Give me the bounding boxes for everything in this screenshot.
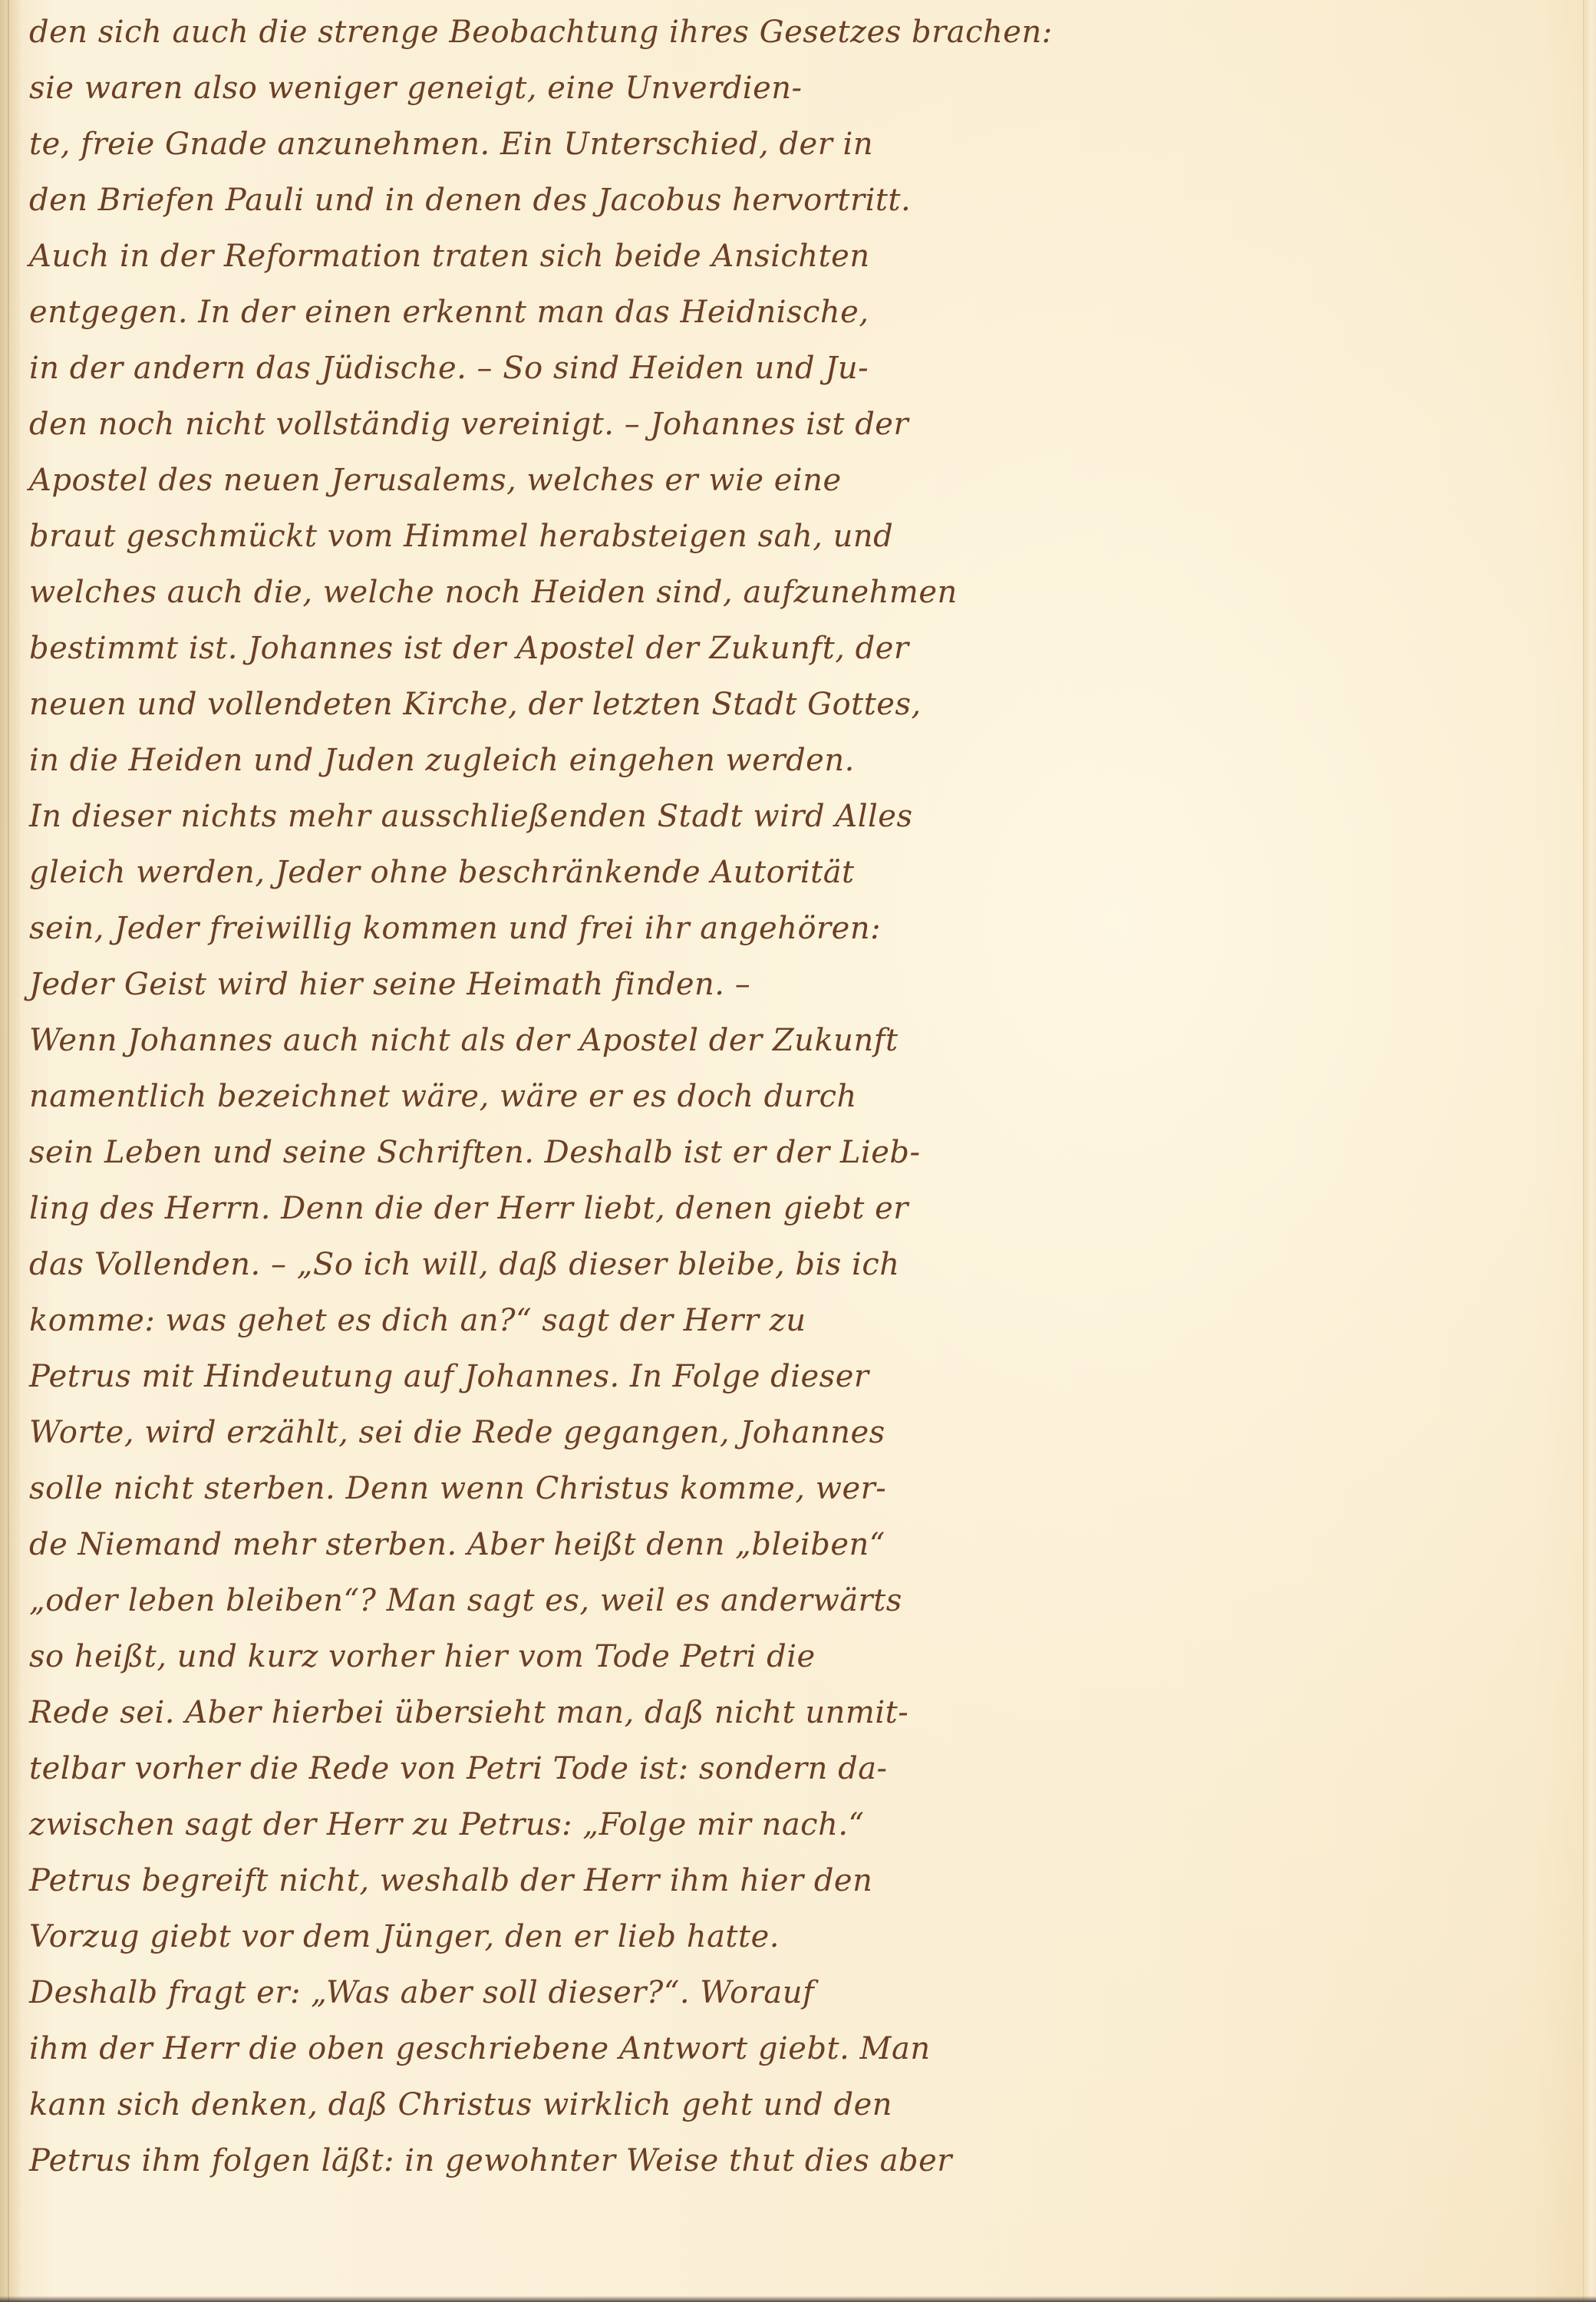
text-line: braut geschmückt vom Himmel herabsteigen… bbox=[29, 521, 893, 552]
text-line: telbar vorher die Rede von Petri Tode is… bbox=[29, 1753, 888, 1784]
text-line: in die Heiden und Juden zugleich eingehe… bbox=[29, 745, 855, 776]
text-line: kann sich denken, daß Christus wirklich … bbox=[29, 2089, 892, 2120]
text-line: Worte, wird erzählt, sei die Rede gegang… bbox=[29, 1417, 885, 1448]
page-bottom-edge bbox=[0, 2296, 1596, 2302]
text-line: den Briefen Pauli und in denen des Jacob… bbox=[29, 185, 911, 216]
next-page-edge bbox=[1583, 0, 1596, 2302]
text-line: sein, Jeder freiwillig kommen und frei i… bbox=[29, 913, 881, 944]
text-line: Apostel des neuen Jerusalems, welches er… bbox=[29, 465, 842, 496]
text-line: solle nicht sterben. Denn wenn Christus … bbox=[29, 1473, 886, 1504]
text-line: Petrus mit Hindeutung auf Johannes. In F… bbox=[29, 1361, 869, 1392]
text-line: Deshalb fragt er: „Was aber soll dieser?… bbox=[29, 1977, 814, 2008]
text-line: Vorzug giebt vor dem Jünger, den er lieb… bbox=[29, 1921, 780, 1952]
text-line: „oder leben bleiben“? Man sagt es, weil … bbox=[29, 1585, 902, 1616]
text-line: Wenn Johannes auch nicht als der Apostel… bbox=[29, 1025, 899, 1056]
text-line: In dieser nichts mehr ausschließenden St… bbox=[29, 801, 912, 832]
text-line: Rede sei. Aber hierbei übersieht man, da… bbox=[29, 1697, 908, 1728]
text-line: so heißt, und kurz vorher hier vom Tode … bbox=[29, 1641, 816, 1672]
text-line: sie waren also weniger geneigt, eine Unv… bbox=[29, 73, 803, 104]
text-line: gleich werden, Jeder ohne beschränkende … bbox=[29, 857, 855, 888]
text-line: in der andern das Jüdische. – So sind He… bbox=[29, 353, 869, 384]
text-line: den noch nicht vollständig vereinigt. – … bbox=[29, 409, 908, 440]
text-line: sein Leben und seine Schriften. Deshalb … bbox=[29, 1137, 921, 1168]
text-line: das Vollenden. – „So ich will, daß diese… bbox=[29, 1249, 900, 1280]
text-line: namentlich bezeichnet wäre, wäre er es d… bbox=[29, 1081, 857, 1112]
text-line: Auch in der Reformation traten sich beid… bbox=[29, 241, 870, 272]
text-line: Petrus ihm folgen läßt: in gewohnter Wei… bbox=[29, 2145, 952, 2176]
text-line: ling des Herrn. Denn die der Herr liebt,… bbox=[29, 1193, 908, 1224]
text-line: Petrus begreift nicht, weshalb der Herr … bbox=[29, 1865, 872, 1896]
text-line: zwischen sagt der Herr zu Petrus: „Folge… bbox=[29, 1809, 865, 1840]
text-line: den sich auch die strenge Beobachtung ih… bbox=[29, 17, 1053, 48]
text-line: de Niemand mehr sterben. Aber heißt denn… bbox=[29, 1529, 885, 1560]
text-line: entgegen. In der einen erkennt man das H… bbox=[29, 297, 869, 328]
manuscript-page: den sich auch die strenge Beobachtung ih… bbox=[0, 0, 1596, 2302]
binding-edge bbox=[0, 0, 20, 2302]
text-line: neuen und vollendeten Kirche, der letzte… bbox=[29, 689, 922, 720]
text-line: ihm der Herr die oben geschriebene Antwo… bbox=[29, 2033, 931, 2064]
text-line: welches auch die, welche noch Heiden sin… bbox=[29, 577, 958, 608]
text-line: Jeder Geist wird hier seine Heimath find… bbox=[29, 969, 750, 1000]
text-line: te, freie Gnade anzunehmen. Ein Untersch… bbox=[29, 129, 873, 160]
text-line: bestimmt ist. Johannes ist der Apostel d… bbox=[29, 633, 909, 664]
text-line: komme: was gehet es dich an?“ sagt der H… bbox=[29, 1305, 806, 1336]
